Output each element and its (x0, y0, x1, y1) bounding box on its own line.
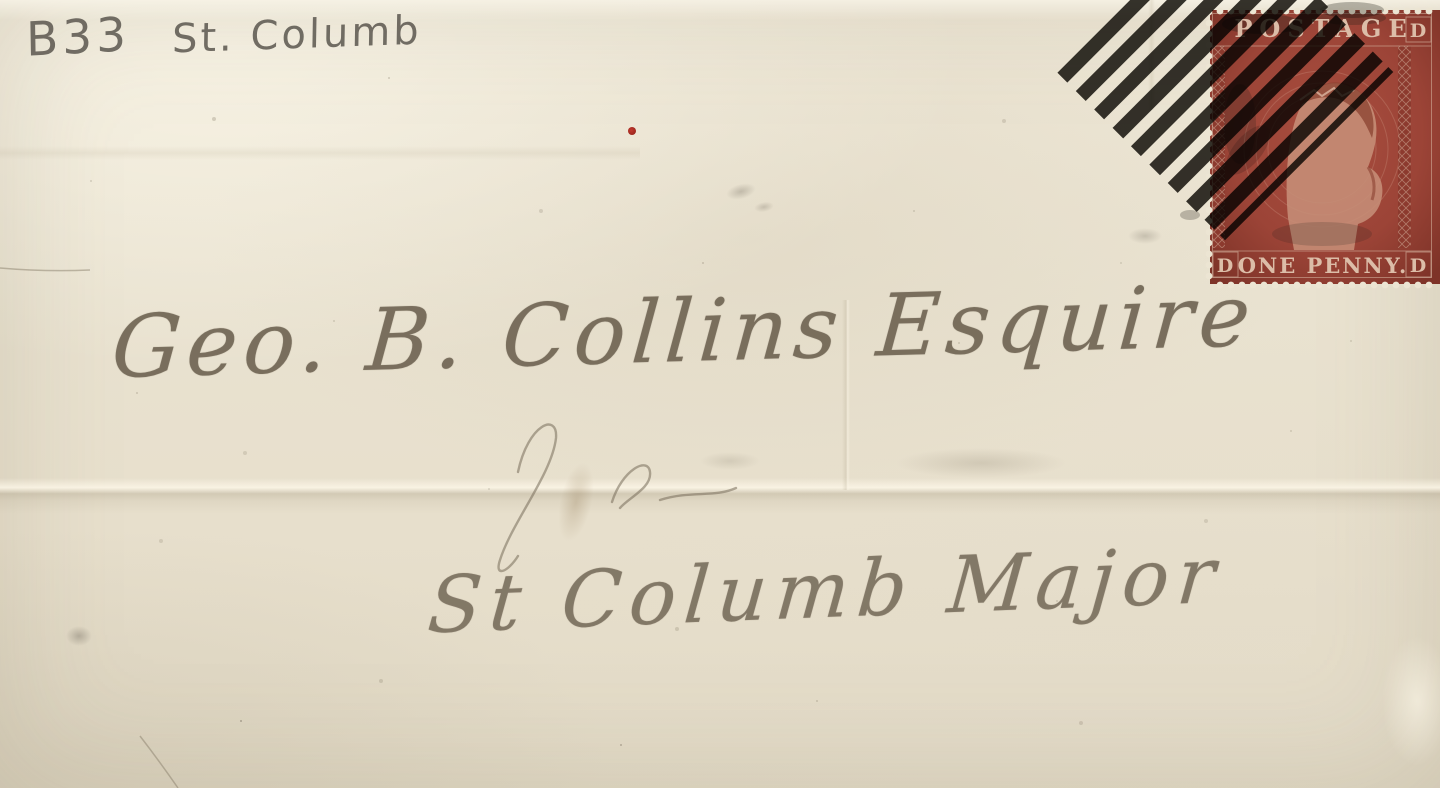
envelope-scan: B33 St. Columb Geo. B. Collins Esquire S… (0, 0, 1440, 788)
barred-cancel-postmark (0, 0, 1440, 788)
cancel-bars (1052, 0, 1403, 249)
